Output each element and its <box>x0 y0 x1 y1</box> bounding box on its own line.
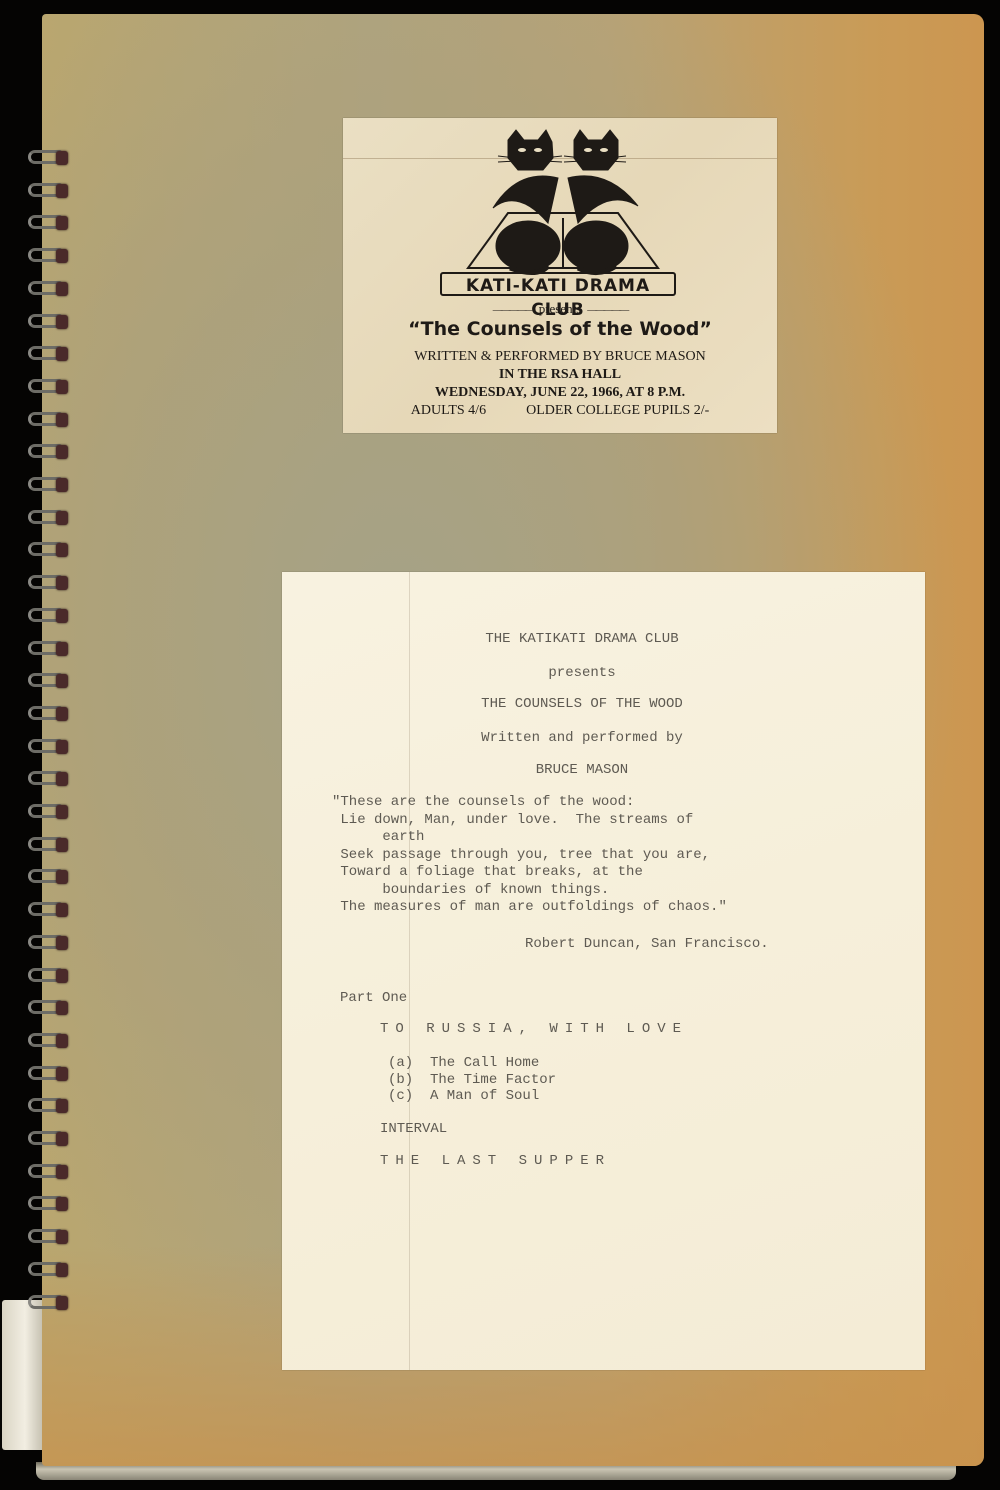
spiral-coil <box>22 246 70 268</box>
spiral-coil <box>22 344 70 366</box>
spiral-coil <box>22 671 70 693</box>
spiral-coil <box>22 573 70 595</box>
epigraph-line: earth <box>332 829 424 845</box>
spiral-coil <box>22 802 70 824</box>
second-title: THE LAST SUPPER <box>380 1153 611 1169</box>
interval-label: INTERVAL <box>380 1121 447 1137</box>
epigraph-line: The measures of man are outfoldings of c… <box>332 899 727 915</box>
spiral-coil <box>22 1260 70 1282</box>
programme-item: (b) The Time Factor <box>388 1072 556 1088</box>
epigraph-attribution: Robert Duncan, San Francisco. <box>525 936 769 952</box>
spiral-coil <box>22 213 70 235</box>
spiral-binding <box>22 148 82 1328</box>
epigraph-line: Lie down, Man, under love. The streams o… <box>332 812 693 828</box>
clipping-date: WEDNESDAY, JUNE 22, 1966, AT 8 P.M. <box>343 385 777 401</box>
spiral-coil <box>22 1129 70 1151</box>
spiral-coil <box>22 508 70 530</box>
spiral-coil <box>22 312 70 334</box>
spiral-coil <box>22 737 70 759</box>
spiral-coil <box>22 900 70 922</box>
spiral-coil <box>22 867 70 889</box>
spiral-coil <box>22 966 70 988</box>
spiral-coil <box>22 606 70 628</box>
spiral-coil <box>22 540 70 562</box>
programme-item: (c) A Man of Soul <box>388 1088 539 1104</box>
newspaper-clipping: KATI-KATI DRAMA CLUB presents “The Couns… <box>343 118 777 433</box>
programme-presents: presents <box>282 665 882 681</box>
spiral-coil <box>22 475 70 497</box>
clipping-presents: presents <box>343 301 777 317</box>
epigraph-line: Seek passage through you, tree that you … <box>332 847 710 863</box>
programme-written-by: Written and performed by <box>282 730 882 746</box>
spiral-coil <box>22 704 70 726</box>
typed-programme-sheet: THE KATIKATI DRAMA CLUB presents THE COU… <box>282 572 925 1370</box>
spiral-coil <box>22 1096 70 1118</box>
epigraph-line: boundaries of known things. <box>332 882 609 898</box>
spiral-coil <box>22 181 70 203</box>
part-title: TO RUSSIA, WITH LOVE <box>380 1021 688 1037</box>
spiral-coil <box>22 148 70 170</box>
epigraph-line: "These are the counsels of the wood: <box>332 794 634 810</box>
spiral-coil <box>22 377 70 399</box>
spiral-coil <box>22 1293 70 1315</box>
programme-title: THE COUNSELS OF THE WOOD <box>282 696 882 712</box>
programme-item: (a) The Call Home <box>388 1055 539 1071</box>
part-label: Part One <box>340 990 407 1006</box>
clipping-prices: ADULTS 4/6 OLDER COLLEGE PUPILS 2/- <box>343 403 777 419</box>
spiral-coil <box>22 1064 70 1086</box>
clipping-venue: IN THE RSA HALL <box>343 367 777 383</box>
spiral-coil <box>22 1162 70 1184</box>
sheet-crease <box>409 572 410 1370</box>
spiral-coil <box>22 1227 70 1249</box>
spiral-coil <box>22 639 70 661</box>
spiral-coil <box>22 279 70 301</box>
clipping-title: “The Counsels of the Wood” <box>343 318 777 340</box>
spiral-coil <box>22 835 70 857</box>
programme-author: BRUCE MASON <box>282 762 882 778</box>
spiral-coil <box>22 769 70 791</box>
spiral-coil <box>22 933 70 955</box>
spiral-coil <box>22 1031 70 1053</box>
spiral-coil <box>22 442 70 464</box>
clipping-byline: WRITTEN & PERFORMED BY BRUCE MASON <box>343 349 777 365</box>
spiral-coil <box>22 998 70 1020</box>
price-pupils: OLDER COLLEGE PUPILS 2/- <box>526 403 709 419</box>
club-banner: KATI-KATI DRAMA CLUB <box>440 272 676 296</box>
spiral-coil <box>22 410 70 432</box>
price-adults: ADULTS 4/6 <box>411 403 486 419</box>
programme-club: THE KATIKATI DRAMA CLUB <box>282 631 882 647</box>
epigraph-line: Toward a foliage that breaks, at the <box>332 864 643 880</box>
spiral-coil <box>22 1194 70 1216</box>
